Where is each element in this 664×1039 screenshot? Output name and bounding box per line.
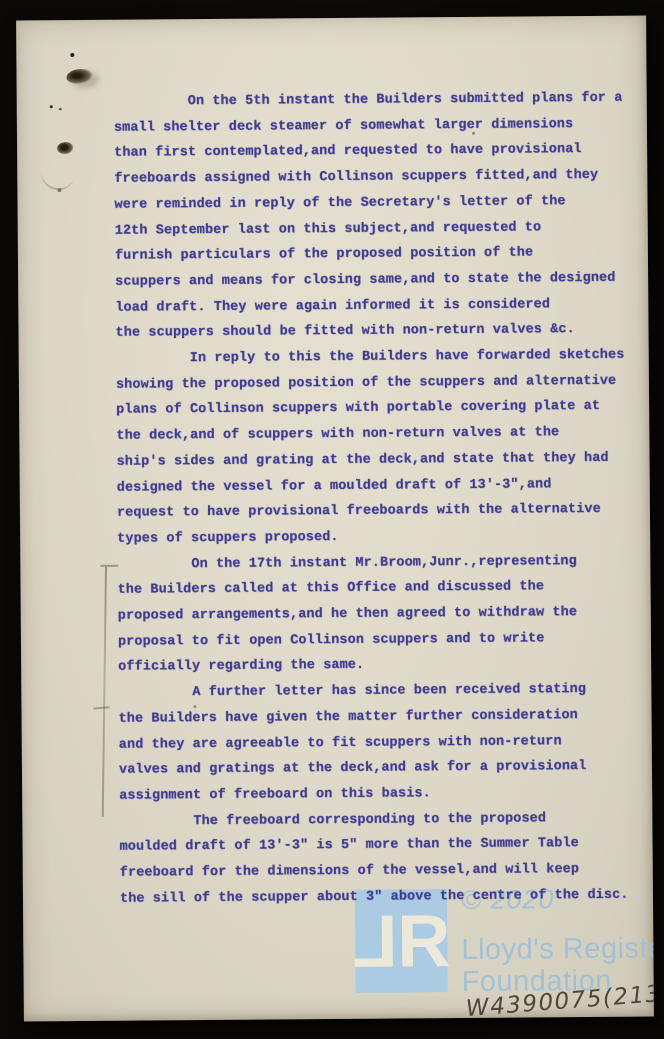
document-page: LR © 2020 Lloyd's Register Foundation On… [16,16,654,1022]
letter-paragraph: The freeboard corresponding to the propo… [119,805,640,912]
logo-letter-r: R [397,904,446,978]
pencil-margin-line [90,565,122,817]
pencil-tick [100,565,118,567]
pin-hole [50,105,53,108]
handwritten-reference-number: W4390075(213) [465,980,654,1021]
letter-paragraph: On the 17th instant Mr.Broom,Junr.,repre… [117,548,638,681]
logo-letter-l: L [357,904,398,978]
letter-paragraph: On the 5th instant the Builders submitte… [114,86,636,347]
paper-tear [57,142,73,154]
pencil-tick [93,706,109,709]
pencil-vertical-line [102,567,107,817]
letter-paragraph: In reply to this the Builders have forwa… [116,343,638,553]
paper-crease [38,152,79,193]
pin-hole [57,188,61,192]
pin-hole [70,53,74,57]
paper-tear [66,69,92,84]
letter-paragraph: A further letter has since been received… [118,677,639,810]
scan-background: LR © 2020 Lloyd's Register Foundation On… [0,0,664,1039]
pin-hole [59,108,62,110]
typed-letter-text: On the 5th instant the Builders submitte… [114,86,640,913]
watermark-org-line1: Lloyd's Register [461,933,654,966]
